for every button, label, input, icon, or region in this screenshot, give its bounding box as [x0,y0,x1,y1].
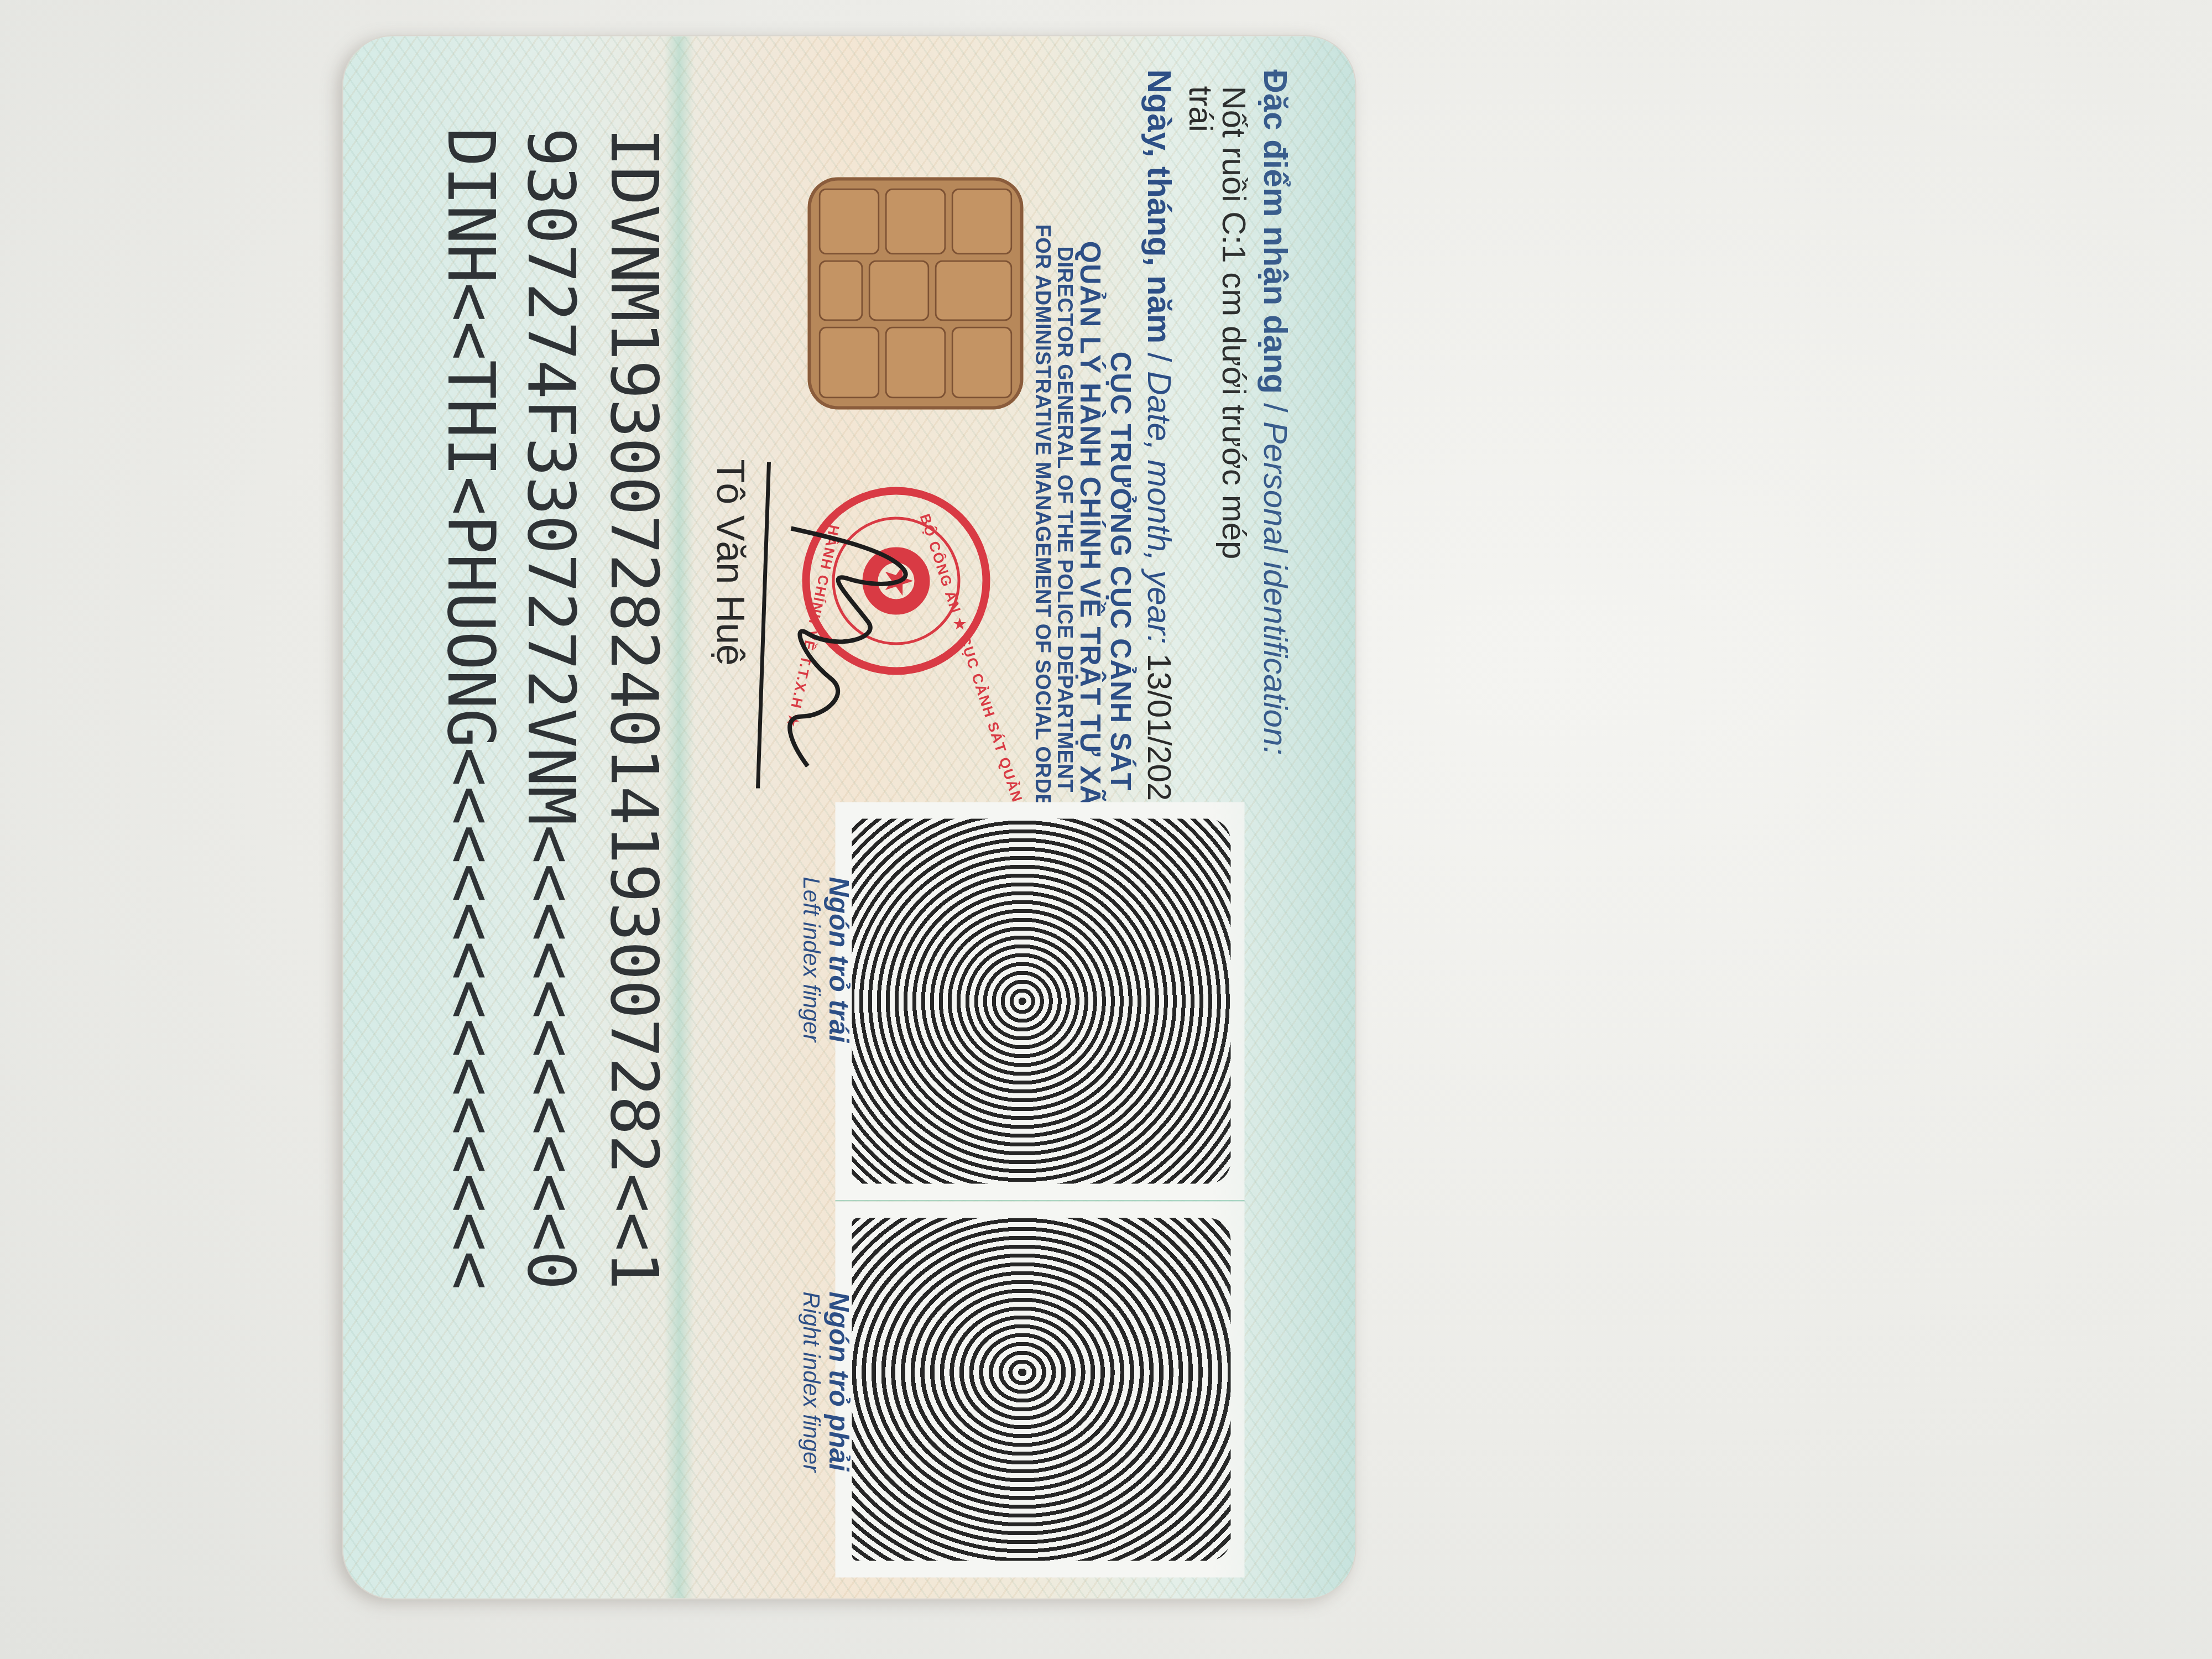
id-card-back: Đặc điểm nhận dạng / Personal identifica… [343,36,1355,1599]
issue-date-label: Ngày, tháng, năm / Date, month, year: 13… [1140,70,1178,820]
identification-label-vi: Đặc điểm nhận dạng [1257,70,1294,394]
issuer-title-en-2: FOR ADMINISTRATIVE MANAGEMENT OF SOCIAL … [1030,225,1054,824]
chip-icon [808,178,1024,410]
left-finger-label-en: Left index finger [798,877,825,1042]
left-finger-label-vi: Ngón trỏ trái [823,877,855,1043]
issuer-title-vi-2: QUẢN LÝ HÀNH CHÍNH VỀ TRẬT TỰ XÃ HỘI [1073,241,1107,868]
right-finger-label-en: Right index finger [798,1292,825,1473]
right-finger-label-vi: Ngón trỏ phải [823,1292,855,1472]
right-fingerprint-icon [852,1218,1231,1561]
issue-date-label-vi: Ngày, tháng, năm [1141,70,1178,344]
left-fingerprint-box [836,802,1245,1201]
mrz-line-1: IDVNM1930072824014193007282<<1 [596,128,672,1290]
signature-icon [736,457,968,800]
identification-value: Nốt ruồi C:1 cm dưới trước mép [1215,86,1253,560]
signatory-name: Tô Văn Huệ [708,460,753,666]
issue-date-label-en: Date, month, year: [1141,371,1178,644]
issue-date-value: 13/01/2022 [1141,653,1178,819]
issuer-title-en-1: DIRECTOR GENERAL OF THE POLICE DEPARTMEN… [1052,247,1076,792]
left-fingerprint-icon [852,819,1231,1184]
right-fingerprint-box [836,1202,1245,1578]
identification-label: Đặc điểm nhận dạng / Personal identifica… [1256,70,1295,755]
identification-label-en: Personal identification: [1257,421,1294,755]
mrz-line-2: 9307274F3307272VNM<<<<<<<<<<<0 [513,128,589,1290]
issuer-title-vi-1: CỤC TRƯỞNG CỤC CẢNH SÁT [1104,352,1137,791]
mrz-line-3: DINH<<THI<PHUONG<<<<<<<<<<<<<< [433,128,509,1290]
identification-value-cont: trái [1182,86,1220,132]
